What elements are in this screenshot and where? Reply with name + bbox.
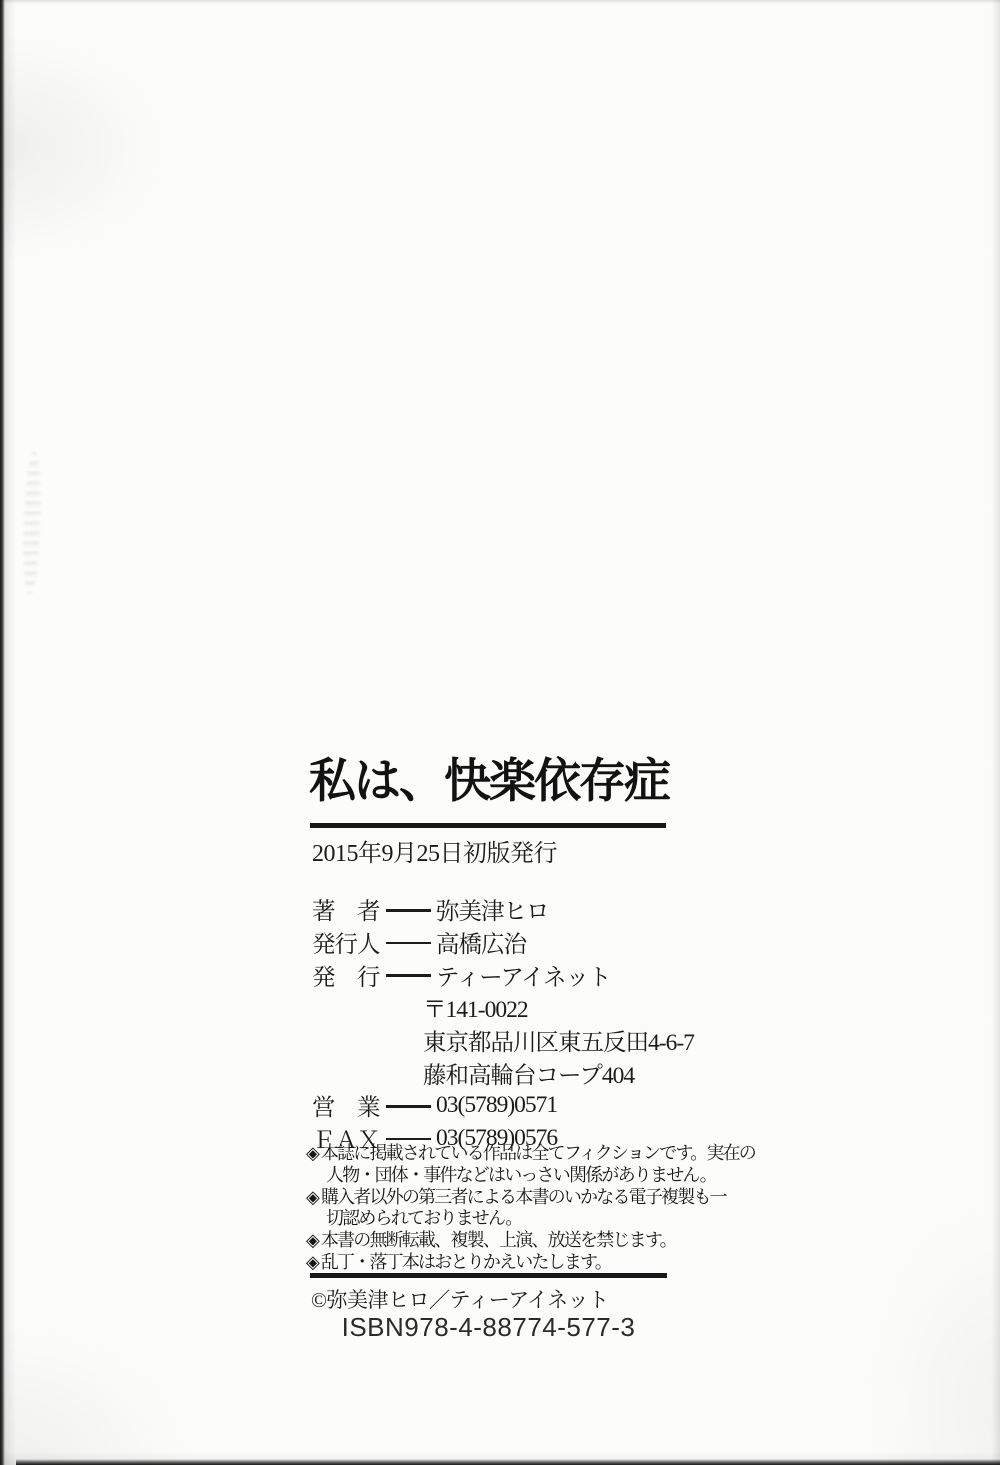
sales-label: 営 業 xyxy=(312,1088,385,1122)
author-name: 弥美津ヒロ xyxy=(436,892,549,926)
publication-info: 著 者 弥美津ヒロ 発行人 高橋広治 発 行 ティーアイネット 〒141-002… xyxy=(312,893,694,1155)
author-label: 著 者 xyxy=(312,892,385,926)
right-edge-shadow xyxy=(991,0,1000,1465)
copyright-line: ©弥美津ヒロ／ティーアイネット xyxy=(311,1284,609,1314)
notice-text: 本誌に掲載されている作品は全てフィクションです。実在の xyxy=(321,1143,755,1163)
legal-notices: ◈本誌に掲載されている作品は全てフィクションです。実在の 人物・団体・事件などは… xyxy=(306,1143,755,1274)
notice-fiction-line2: 人物・団体・事件などはいっさい関係がありません。 xyxy=(306,1165,755,1187)
notice-text: 乱丁・落丁本はおとりかえいたします。 xyxy=(321,1252,611,1272)
diamond-bullet-icon: ◈ xyxy=(306,1252,320,1273)
publisher-person-name: 高橋広治 xyxy=(436,925,526,959)
postal-code-line: 〒141-0022 xyxy=(312,991,694,1024)
diamond-bullet-icon: ◈ xyxy=(306,1143,320,1164)
top-edge-shadow xyxy=(0,0,1000,4)
publisher-person-row: 発行人 高橋広治 xyxy=(312,926,694,959)
separator-dash xyxy=(386,1105,431,1108)
diamond-bullet-icon: ◈ xyxy=(306,1187,320,1208)
ink-showthrough-artifact xyxy=(22,452,43,594)
scanned-colophon-page: 私は、快楽依存症 2015年9月25日初版発行 著 者 弥美津ヒロ 発行人 高橋… xyxy=(0,0,1000,1465)
separator-dash xyxy=(386,909,431,912)
notice-fiction-line1: ◈本誌に掲載されている作品は全てフィクションです。実在の xyxy=(306,1143,755,1165)
footer-divider-rule xyxy=(310,1273,667,1278)
sales-phone-number: 03(5789)0571 xyxy=(436,1092,557,1119)
notice-text: 購入者以外の第三者による本書のいかなる電子複製も一 xyxy=(321,1187,726,1207)
isbn-number: ISBN978-4-88774-577-3 xyxy=(310,1312,667,1343)
edition-date: 2015年9月25日初版発行 xyxy=(312,833,557,868)
left-edge-scan-line xyxy=(0,0,5,1465)
title-divider-rule xyxy=(310,823,666,828)
publisher-label: 発 行 xyxy=(312,958,385,992)
publisher-row: 発 行 ティーアイネット xyxy=(312,958,694,991)
publisher-name: ティーアイネット xyxy=(436,958,611,992)
separator-dash xyxy=(386,942,431,945)
building-line: 藤和高輪台コープ404 xyxy=(312,1056,694,1089)
publisher-person-label: 発行人 xyxy=(312,925,385,959)
book-title: 私は、快楽依存症 xyxy=(309,757,669,809)
address-line: 東京都品川区東五反田4-6-7 xyxy=(312,1024,694,1057)
separator-dash xyxy=(386,1138,431,1141)
sales-phone-row: 営 業 03(5789)0571 xyxy=(312,1089,694,1122)
diamond-bullet-icon: ◈ xyxy=(306,1230,320,1251)
author-row: 著 者 弥美津ヒロ xyxy=(312,893,694,926)
bottom-edge-scan-line xyxy=(16,1459,1000,1465)
notice-text: 本書の無断転載、複製、上演、放送を禁じます。 xyxy=(321,1230,676,1250)
notice-defective-copies: ◈乱丁・落丁本はおとりかえいたします。 xyxy=(306,1252,755,1274)
notice-copy-line1: ◈購入者以外の第三者による本書のいかなる電子複製も一 xyxy=(306,1187,755,1209)
notice-copy-line2: 切認められておりません。 xyxy=(306,1208,755,1230)
separator-dash xyxy=(386,974,431,977)
notice-reprint: ◈本書の無断転載、複製、上演、放送を禁じます。 xyxy=(306,1230,755,1252)
